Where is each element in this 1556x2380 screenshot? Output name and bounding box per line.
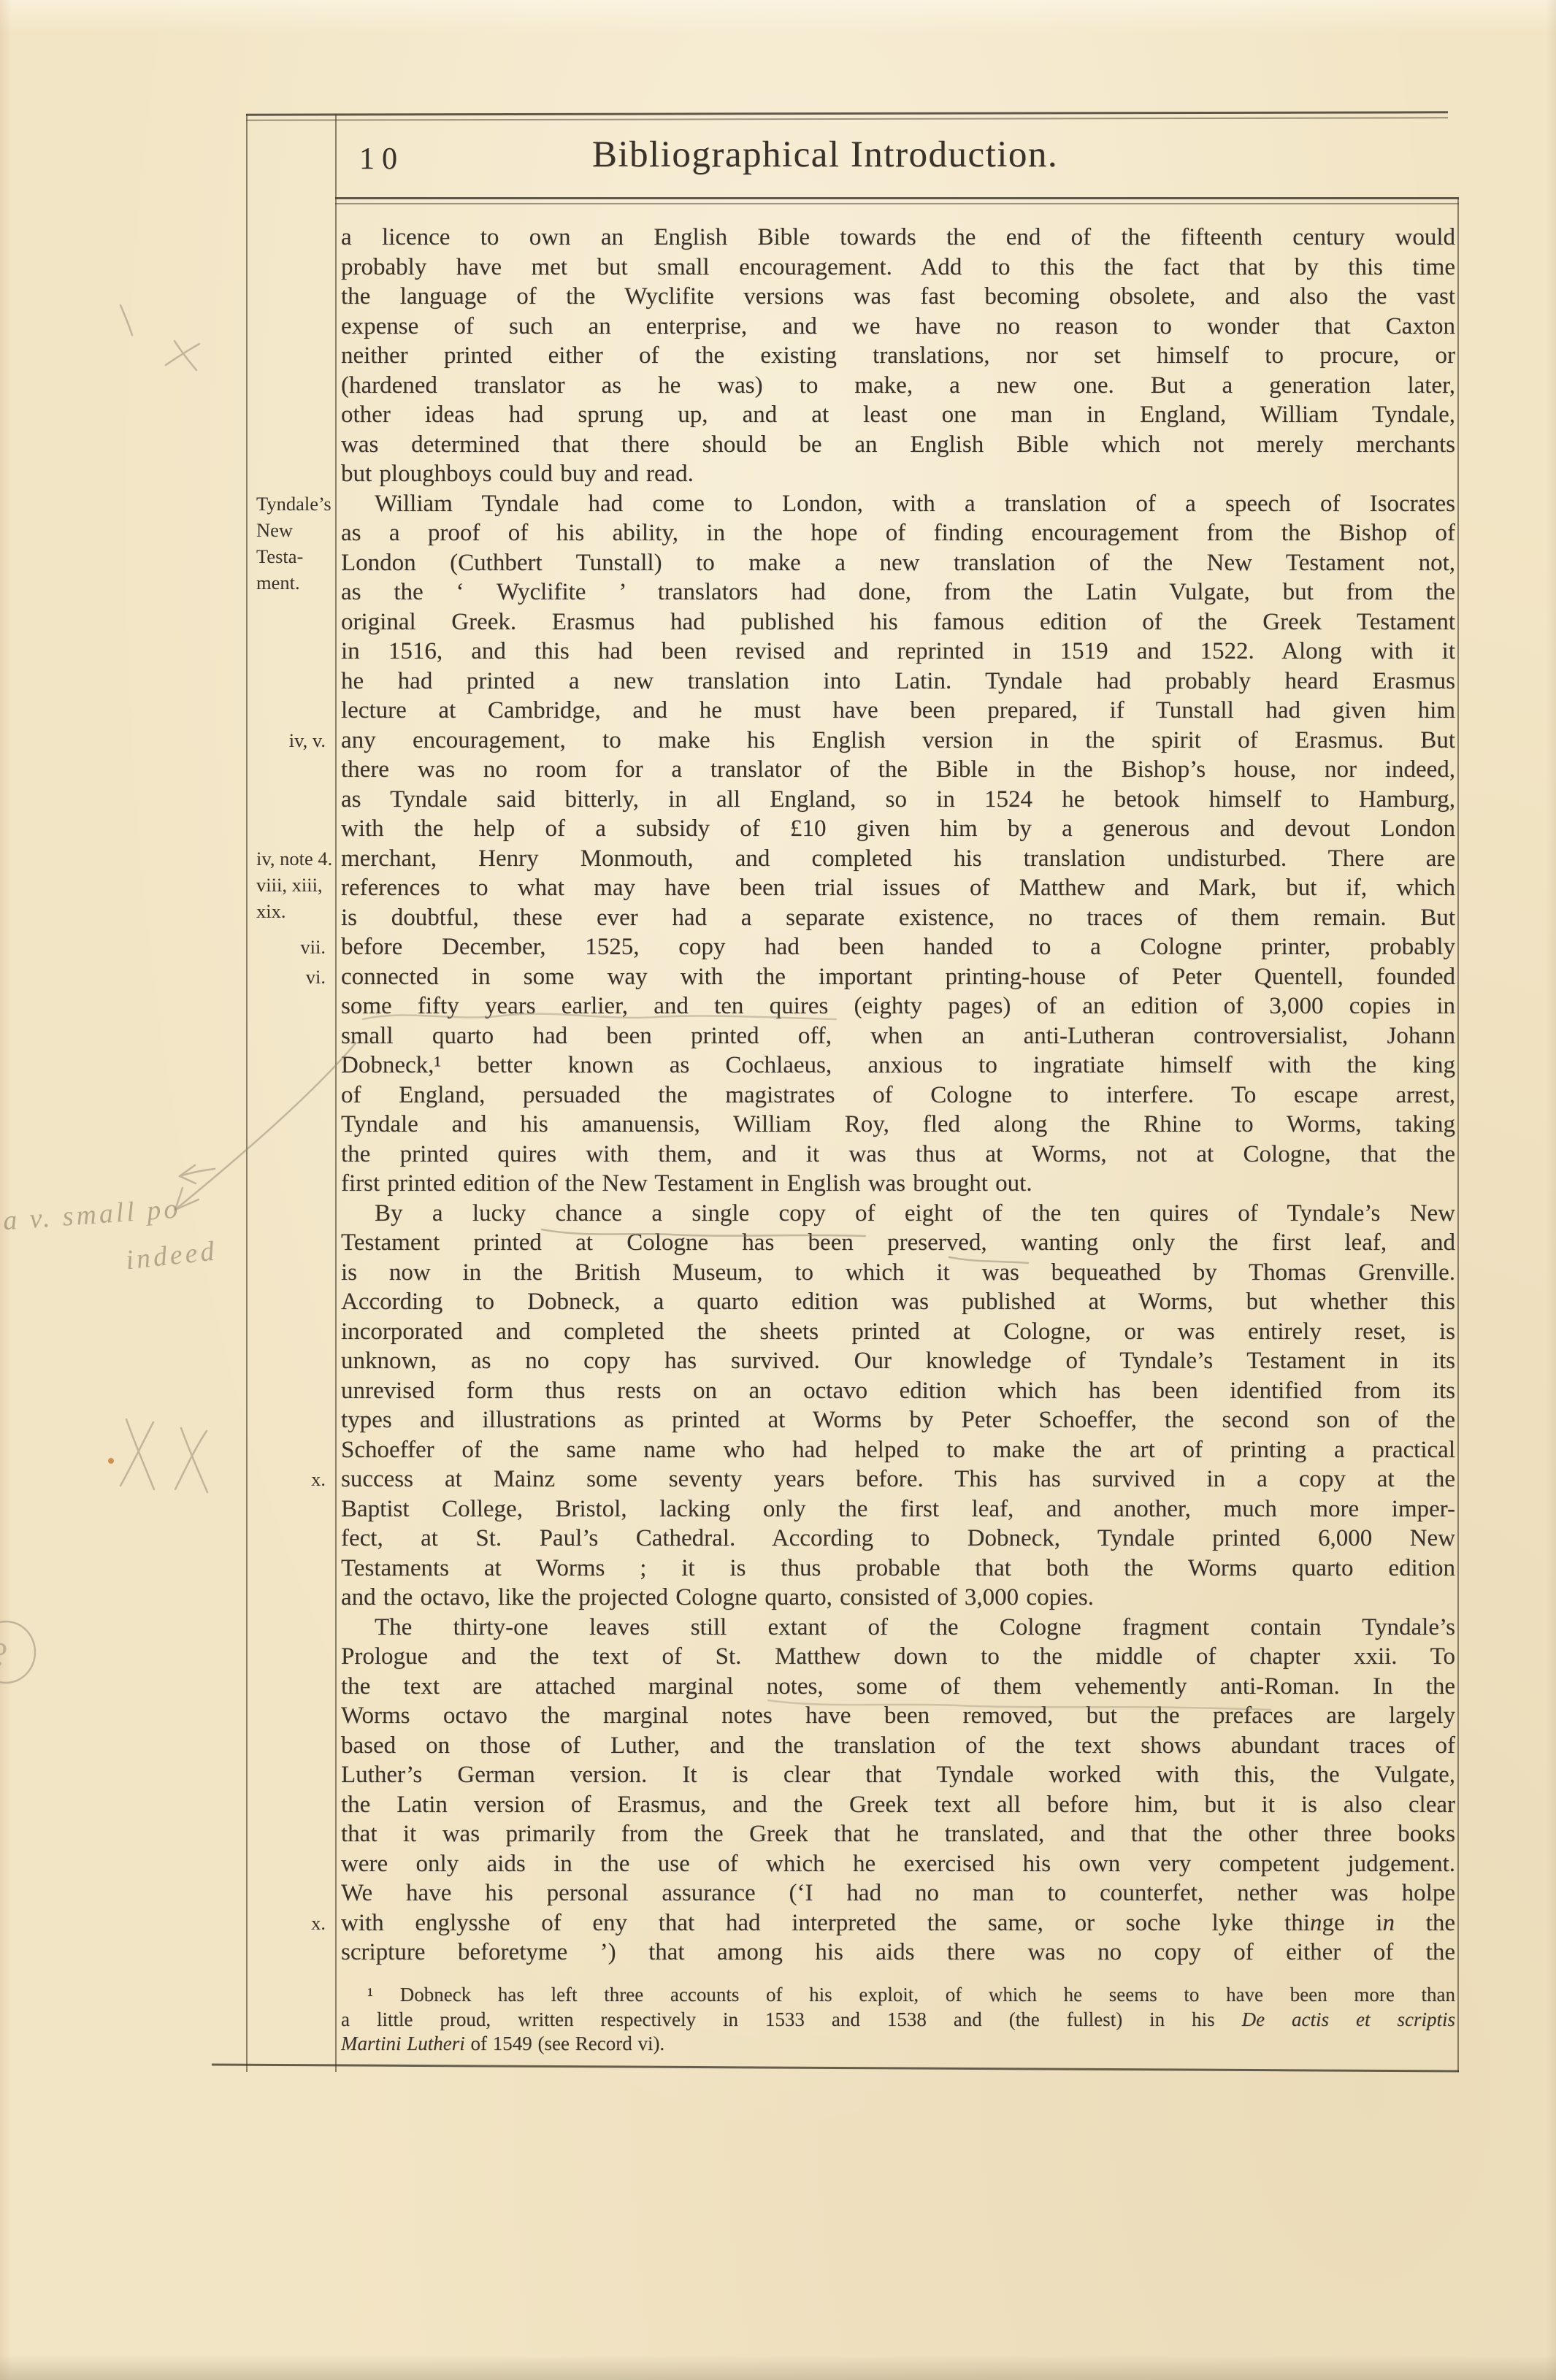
text-line: Schoeffer of the same name who had helpe…: [341, 1435, 1455, 1465]
page-number: 10: [359, 142, 405, 177]
margin-note-line: viii, xiii,: [256, 872, 330, 898]
margin-note-ref-iv-note-4: iv, note 4.viii, xiii,xix.: [253, 845, 330, 924]
text-line: London (Cuthbert Tunstall) to make a new…: [341, 548, 1455, 578]
text-line: Worms octavo the marginal notes have bee…: [341, 1701, 1455, 1731]
text-line: but ploughboys could buy and read.: [341, 459, 1455, 489]
pencil-handwriting-note: indeed: [124, 1235, 218, 1277]
text-line: based on those of Luther, and the transl…: [341, 1731, 1455, 1761]
pencil-x-mark: [120, 1422, 153, 1486]
text-line: merchant, Henry Monmouth, and completed …: [341, 844, 1455, 874]
text-line: first printed edition of the New Testame…: [341, 1169, 1455, 1199]
text-line: as the ‘ Wyclifite ’ translators had don…: [341, 577, 1455, 607]
header-rule: [335, 197, 1459, 204]
text-line: that it was primarily from the Greek tha…: [341, 1819, 1455, 1849]
text-line: as a proof of his ability, in the hope o…: [341, 518, 1455, 548]
text-line: scripture beforetyme ’) that among his a…: [341, 1938, 1455, 1968]
margin-note-tyndales-new-testament: Tyndale’sNewTesta-ment.: [253, 491, 330, 596]
pencil-handwriting-note: a v. small po: [2, 1193, 182, 1237]
pencil-x-mark: [175, 1431, 207, 1489]
margin-notes-column: Tyndale’sNewTesta-ment.iv, v.iv, note 4.…: [253, 0, 330, 2380]
text-line: Testaments at Worms ; it is thus probabl…: [341, 1554, 1455, 1584]
pencil-x-mark: [175, 341, 196, 370]
margin-note-line: New: [256, 517, 330, 543]
text-line: unrevised form thus rests on an octavo e…: [341, 1376, 1455, 1406]
text-line: the language of the Wyclifite versions w…: [341, 282, 1455, 312]
text-line: small quarto had been printed off, when …: [341, 1021, 1455, 1051]
pencil-x-mark: [166, 344, 199, 365]
text-line: was determined that there should be an E…: [341, 430, 1455, 460]
text-line: expense of such an enterprise, and we ha…: [341, 312, 1455, 342]
body-text: a licence to own an English Bible toward…: [341, 223, 1455, 1968]
margin-note-line: ment.: [256, 569, 330, 596]
margin-note-ref-iv-v: iv, v.: [253, 727, 330, 753]
text-line: and the octavo, like the projected Colog…: [341, 1583, 1455, 1613]
frame-line-right: [1457, 199, 1459, 2072]
text-line: fect, at St. Paul’s Cathedral. According…: [341, 1524, 1455, 1554]
orange-speck: [108, 1458, 114, 1464]
margin-note-ref-x-1: x.: [253, 1466, 330, 1492]
text-line: a licence to own an English Bible toward…: [341, 223, 1455, 253]
margin-note-line: iv, note 4.: [256, 845, 330, 872]
text-line: incorporated and completed the sheets pr…: [341, 1317, 1455, 1347]
text-line: before December, 1525, copy had been han…: [341, 932, 1455, 962]
text-line: lecture at Cambridge, and he must have b…: [341, 696, 1455, 726]
text-line: (hardened translator as he was) to make,…: [341, 371, 1455, 401]
margin-note-line: vii.: [253, 934, 326, 960]
pencil-x-mark: [181, 1428, 207, 1492]
margin-note-ref-vii: vii.: [253, 934, 330, 960]
text-line: of England, persuaded the magistrates of…: [341, 1080, 1455, 1110]
pencil-diagonal-stroke: [120, 305, 132, 335]
text-line: in 1516, and this had been revised and r…: [341, 637, 1455, 667]
text-line: neither printed either of the existing t…: [341, 341, 1455, 371]
text-line: references to what may have been trial i…: [341, 873, 1455, 903]
text-line: with englysshe of eny that had interpret…: [341, 1908, 1455, 1938]
margin-divider-line: [335, 114, 337, 2072]
frame-rule-bottom: [212, 2064, 1459, 2073]
text-line: as Tyndale said bitterly, in all England…: [341, 785, 1455, 815]
footnote-line: a little proud, written respectively in …: [341, 2008, 1455, 2032]
text-line: the Latin version of Erasmus, and the Gr…: [341, 1790, 1455, 1820]
margin-note-line: xix.: [256, 898, 330, 924]
text-line: connected in some way with the important…: [341, 962, 1455, 992]
text-line: other ideas had sprung up, and at least …: [341, 400, 1455, 430]
text-line: the printed quires with them, and it was…: [341, 1140, 1455, 1170]
text-line: Testament printed at Cologne has been pr…: [341, 1228, 1455, 1258]
text-line: unknown, as no copy has survived. Our kn…: [341, 1346, 1455, 1376]
text-line: William Tyndale had come to London, with…: [341, 489, 1455, 519]
margin-note-line: Tyndale’s: [256, 491, 330, 517]
footnote: ¹ Dobneck has left three accounts of his…: [341, 1983, 1455, 2057]
text-line: The thirty-one leaves still extant of th…: [341, 1613, 1455, 1643]
frame-rule-top: [246, 111, 1448, 120]
text-line: success at Mainz some seventy years befo…: [341, 1465, 1455, 1494]
text-line: By a lucky chance a single copy of eight…: [341, 1199, 1455, 1229]
margin-note-ref-x-2: x.: [253, 1910, 330, 1936]
text-line: the text are attached marginal notes, so…: [341, 1672, 1455, 1702]
running-title: Bibliographical Introduction.: [467, 134, 1183, 176]
margin-note-line: x.: [253, 1466, 326, 1492]
text-line: is now in the British Museum, to which i…: [341, 1258, 1455, 1288]
margin-note-line: vi.: [253, 964, 326, 990]
text-line: Baptist College, Bristol, lacking only t…: [341, 1494, 1455, 1524]
footnote-line: Martini Lutheri of 1549 (see Record vi).: [341, 2032, 1455, 2057]
scanned-book-page: { "header": { "page_number": "10", "titl…: [0, 0, 1556, 2380]
text-line: types and illustrations as printed at Wo…: [341, 1405, 1455, 1435]
footnote-line: ¹ Dobneck has left three accounts of his…: [341, 1983, 1455, 2008]
text-line: We have his personal assurance (‘I had n…: [341, 1878, 1455, 1908]
margin-note-line: iv, v.: [253, 727, 326, 753]
pencil-small-arrow: [180, 1165, 215, 1183]
text-line: with the help of a subsidy of £10 given …: [341, 814, 1455, 844]
text-line: Dobneck,¹ better known as Cochlaeus, anx…: [341, 1051, 1455, 1080]
text-line: Tyndale and his amanuensis, William Roy,…: [341, 1110, 1455, 1140]
margin-note-line: x.: [253, 1910, 326, 1936]
question-mark-glyph: ?: [0, 1635, 7, 1673]
text-line: According to Dobneck, a quarto edition w…: [341, 1287, 1455, 1317]
text-line: there was no room for a translator of th…: [341, 755, 1455, 785]
text-line: original Greek. Erasmus had published hi…: [341, 607, 1455, 637]
frame-line-left: [246, 114, 248, 2072]
text-line: any encouragement, to make his English v…: [341, 726, 1455, 756]
text-line: were only aids in the use of which he ex…: [341, 1849, 1455, 1879]
text-line: some fifty years earlier, and ten quires…: [341, 991, 1455, 1021]
margin-note-ref-vi: vi.: [253, 964, 330, 990]
text-line: he had printed a new translation into La…: [341, 667, 1455, 696]
text-line: Luther’s German version. It is clear tha…: [341, 1760, 1455, 1790]
circled-question-mark: [0, 1621, 35, 1683]
text-line: is doubtful, these ever had a separate e…: [341, 903, 1455, 933]
text-line: Prologue and the text of St. Matthew dow…: [341, 1642, 1455, 1672]
text-line: probably have met but small encouragemen…: [341, 253, 1455, 283]
pencil-x-mark: [126, 1419, 154, 1489]
margin-note-line: Testa-: [256, 543, 330, 569]
